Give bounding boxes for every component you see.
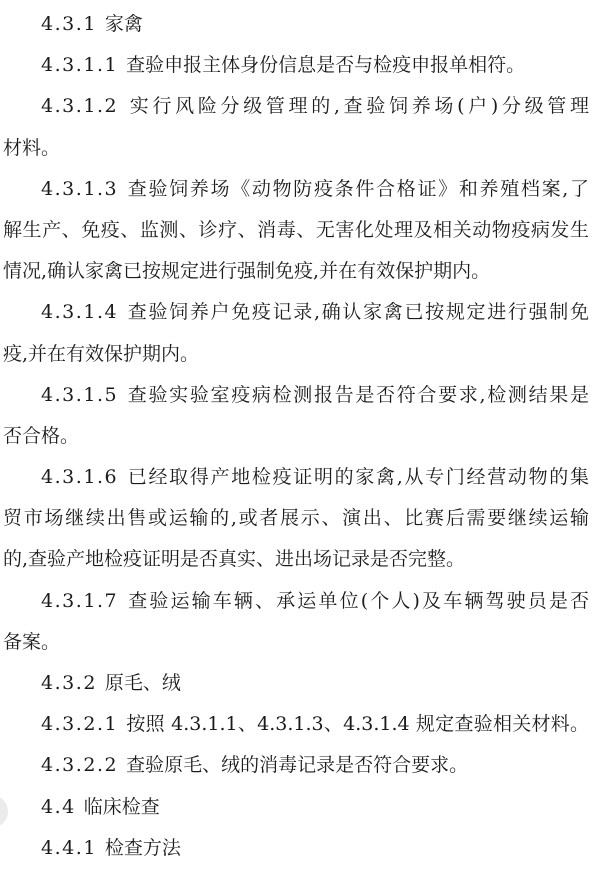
clause-text: 查验申报主体身份信息是否与检疫申报单相符。 <box>126 54 525 76</box>
clause-4-3-1-3-line-1: 4.3.1.3查验饲养场《动物防疫条件合格证》和养殖档案,了 <box>3 169 589 210</box>
clause-4-3-2-2: 4.3.2.2查验原毛、绒的消毒记录是否符合要求。 <box>3 745 589 786</box>
clause-4-3-1-7-line-2: 备案。 <box>3 622 589 663</box>
clause-text: 情况,确认家禽已按规定进行强制免疫,并在有效保护期内。 <box>3 260 490 282</box>
clause-4-3-2-1: 4.3.2.1按照 4.3.1.1、4.3.1.3、4.3.1.4 规定查验相关… <box>3 704 589 745</box>
clause-text: 按照 4.3.1.1、4.3.1.3、4.3.1.4 规定查验相关材料。 <box>126 713 589 735</box>
section-number: 4.3.1.3 <box>41 178 118 200</box>
clause-text: 查验原毛、绒的消毒记录是否符合要求。 <box>126 754 468 776</box>
document-page: 4.3.1家禽 4.3.1.1查验申报主体身份信息是否与检疫申报单相符。 4.3… <box>0 0 595 870</box>
section-number: 4.3.1.5 <box>41 384 118 406</box>
clause-text: 材料。 <box>3 137 60 159</box>
clause-text: 已经取得产地检疫证明的家禽,从专门经营动物的集 <box>126 466 589 488</box>
clause-4-3-1-2-line-2: 材料。 <box>3 128 589 169</box>
clause-text: 家禽 <box>105 13 143 35</box>
clause-4-3-1-4-line-1: 4.3.1.4查验饲养户免疫记录,确认家禽已按规定进行强制免 <box>3 292 589 333</box>
clause-4-3-1-1: 4.3.1.1查验申报主体身份信息是否与检疫申报单相符。 <box>3 45 589 86</box>
clause-4-3-1-3-line-2: 解生产、免疫、监测、诊疗、消毒、无害化处理及相关动物疫病发生 <box>3 210 589 251</box>
section-number: 4.3.1.4 <box>41 301 118 323</box>
clause-4-3-1-6-line-3: 的,查验产地检疫证明是否真实、进出场记录是否完整。 <box>3 539 589 580</box>
clause-4-3-1-4-line-2: 疫,并在有效保护期内。 <box>3 334 589 375</box>
clause-text: 查验饲养户免疫记录,确认家禽已按规定进行强制免 <box>126 301 589 323</box>
section-number: 4.3.2 <box>41 672 97 694</box>
clause-text: 备案。 <box>3 631 60 653</box>
clause-4-3-1-5-line-2: 否合格。 <box>3 416 589 457</box>
heading-4-4-1: 4.4.1检查方法 <box>3 828 589 869</box>
clause-text: 解生产、免疫、监测、诊疗、消毒、无害化处理及相关动物疫病发生 <box>3 219 589 241</box>
clause-4-3-1-5-line-1: 4.3.1.5查验实验室疫病检测报告是否符合要求,检测结果是 <box>3 375 589 416</box>
heading-4-3-2: 4.3.2原毛、绒 <box>3 663 589 704</box>
clause-text: 实行风险分级管理的,查验饲养场(户)分级管理 <box>126 95 589 117</box>
clause-text: 贸市场继续出售或运输的,或者展示、演出、比赛后需要继续运输 <box>3 507 589 529</box>
heading-4-4: 4.4临床检查 <box>3 787 589 828</box>
section-number: 4.3.1.7 <box>41 590 118 612</box>
clause-text: 检查方法 <box>105 837 181 859</box>
clause-text: 临床检查 <box>84 796 160 818</box>
clause-text: 原毛、绒 <box>105 672 181 694</box>
section-number: 4.3.1.1 <box>41 54 118 76</box>
heading-4-3-1: 4.3.1家禽 <box>3 4 589 45</box>
clause-text: 疫,并在有效保护期内。 <box>3 343 199 365</box>
clause-text: 否合格。 <box>3 425 79 447</box>
section-number: 4.3.1.6 <box>41 466 118 488</box>
clause-text: 的,查验产地检疫证明是否真实、进出场记录是否完整。 <box>3 548 465 570</box>
section-number: 4.4 <box>41 796 76 818</box>
section-number: 4.4.1 <box>41 837 97 859</box>
clause-text: 查验运输车辆、承运单位(个人)及车辆驾驶员是否 <box>126 590 589 612</box>
clause-text: 查验饲养场《动物防疫条件合格证》和养殖档案,了 <box>126 178 589 200</box>
clause-4-3-1-3-line-3: 情况,确认家禽已按规定进行强制免疫,并在有效保护期内。 <box>3 251 589 292</box>
clause-4-3-1-2-line-1: 4.3.1.2实行风险分级管理的,查验饲养场(户)分级管理 <box>3 86 589 127</box>
section-number: 4.3.2.1 <box>41 713 118 735</box>
section-number: 4.3.1 <box>41 13 97 35</box>
clause-4-3-1-6-line-2: 贸市场继续出售或运输的,或者展示、演出、比赛后需要继续运输 <box>3 498 589 539</box>
section-number: 4.3.1.2 <box>41 95 118 117</box>
clause-4-3-1-7-line-1: 4.3.1.7查验运输车辆、承运单位(个人)及车辆驾驶员是否 <box>3 581 589 622</box>
clause-4-3-1-6-line-1: 4.3.1.6已经取得产地检疫证明的家禽,从专门经营动物的集 <box>3 457 589 498</box>
section-number: 4.3.2.2 <box>41 754 118 776</box>
clause-text: 查验实验室疫病检测报告是否符合要求,检测结果是 <box>126 384 589 406</box>
